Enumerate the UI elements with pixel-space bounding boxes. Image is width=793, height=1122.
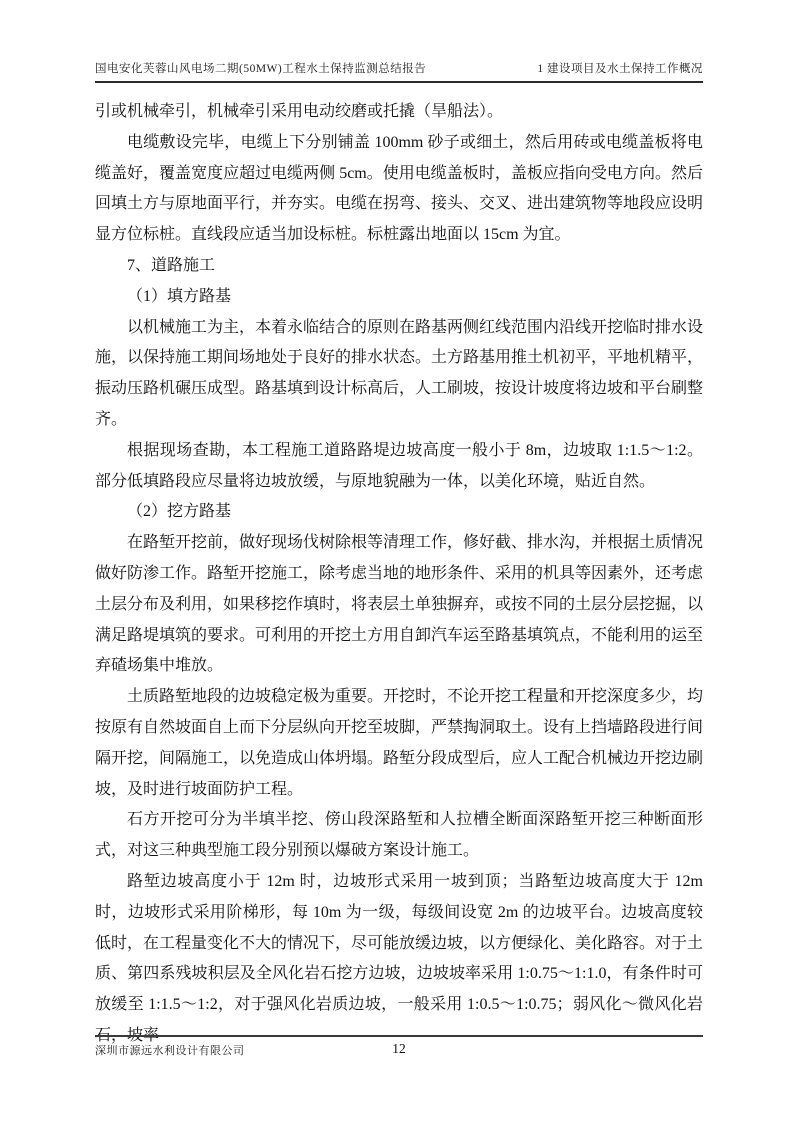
header-chapter-title: 1 建设项目及水土保持工作概况 xyxy=(537,60,703,76)
paragraph: 7、道路施工 xyxy=(95,251,703,282)
paragraph: 电缆敷设完毕，电缆上下分别铺盖 100mm 砂子或细土，然后用砖或电缆盖板将电缆… xyxy=(95,128,703,251)
document-page: 国电安化芙蓉山风电场二期(50MW)工程水土保持监测总结报告 1 建设项目及水土… xyxy=(0,0,793,1122)
paragraph: 土质路堑地段的边坡稳定极为重要。开挖时，不论开挖工程量和开挖深度多少，均按原有自… xyxy=(95,682,703,805)
page-header: 国电安化芙蓉山风电场二期(50MW)工程水土保持监测总结报告 1 建设项目及水土… xyxy=(95,60,703,83)
paragraph: 以机械施工为主，本着永临结合的原则在路基两侧红线范围内沿线开挖临时排水设施，以保… xyxy=(95,313,703,436)
header-report-title: 国电安化芙蓉山风电场二期(50MW)工程水土保持监测总结报告 xyxy=(95,60,426,76)
paragraph: 路堑边坡高度小于 12m 时，边坡形式采用一坡到顶；当路堑边坡高度大于 12m … xyxy=(95,867,703,1052)
paragraph: 引或机械牵引，机械牵引采用电动绞磨或托撬（旱船法）。 xyxy=(95,97,703,128)
paragraph: （1）填方路基 xyxy=(95,282,703,313)
document-body: 引或机械牵引，机械牵引采用电动绞磨或托撬（旱船法）。电缆敷设完毕，电缆上下分别铺… xyxy=(95,97,703,1052)
paragraph: 在路堑开挖前，做好现场伐树除根等清理工作，修好截、排水沟，并根据土质情况做好防渗… xyxy=(95,528,703,682)
paragraph: 根据现场查勘，本工程施工道路路堤边坡高度一般小于 8m，边坡取 1:1.5～1:… xyxy=(95,436,703,498)
paragraph: （2）挖方路基 xyxy=(95,497,703,528)
page-footer: 深圳市源远水利设计有限公司 12 xyxy=(95,1035,703,1064)
footer-page-number: 12 xyxy=(95,1041,703,1057)
paragraph: 石方开挖可分为半填半挖、傍山段深路堑和人拉槽全断面深路堑开挖三种断面形式，对这三… xyxy=(95,805,703,867)
